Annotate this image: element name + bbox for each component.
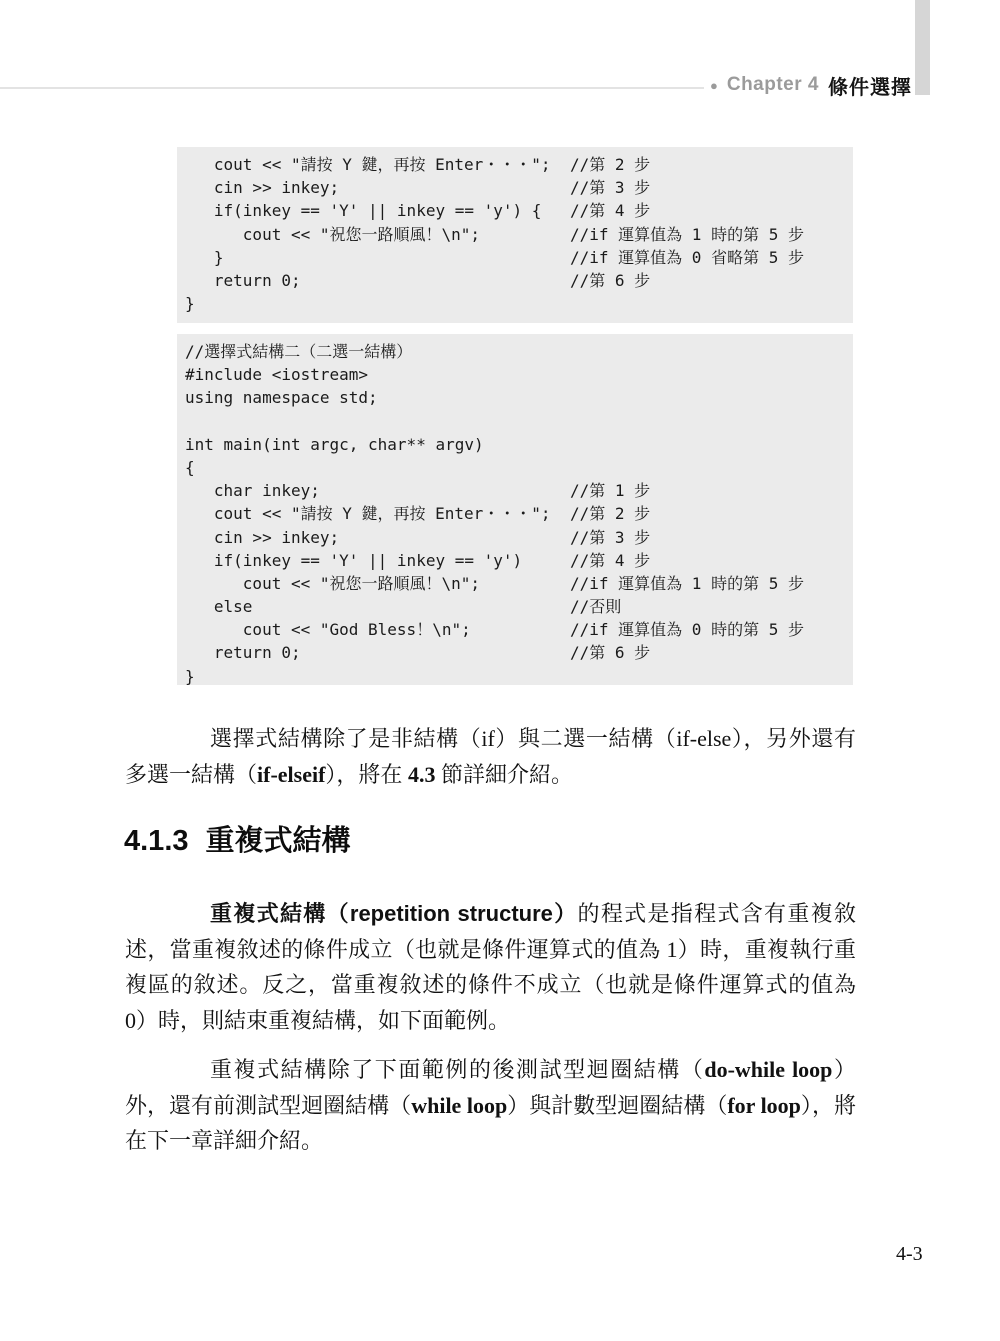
code-text: using namespace std; bbox=[185, 388, 378, 407]
code-text: cout << "祝您一路順風！\n"; bbox=[185, 225, 480, 244]
term-bold: 4.3 bbox=[408, 762, 436, 787]
code-block-2: //選擇式結構二（二選一結構）#include <iostream>using … bbox=[177, 334, 853, 685]
code-line: cout << "請按 Y 鍵，再按 Enter・・・";//第 2 步 bbox=[185, 153, 853, 176]
code-comment: //第 4 步 bbox=[570, 549, 650, 572]
code-comment: //第 1 步 bbox=[570, 479, 650, 502]
code-line: cout << "God Bless！\n";//if 運算值為 0 時的第 5… bbox=[185, 618, 853, 641]
code-line: cout << "祝您一路順風！\n";//if 運算值為 1 時的第 5 步 bbox=[185, 572, 853, 595]
term-bold: do-while loop bbox=[704, 1057, 832, 1082]
code-line: } bbox=[185, 665, 853, 685]
code-comment: //第 3 步 bbox=[570, 176, 650, 199]
text-run: ），將在 bbox=[325, 762, 408, 787]
code-text: if(inkey == 'Y' || inkey == 'y') { bbox=[185, 201, 541, 220]
code-line: cin >> inkey;//第 3 步 bbox=[185, 176, 853, 199]
code-line: return 0;//第 6 步 bbox=[185, 641, 853, 664]
code-comment: //if 運算值為 0 省略第 5 步 bbox=[570, 246, 804, 269]
code-line: }//if 運算值為 0 省略第 5 步 bbox=[185, 246, 853, 269]
code-text: else bbox=[185, 597, 252, 616]
code-comment: //否則 bbox=[570, 595, 621, 618]
text-run: 節詳細介紹。 bbox=[435, 762, 573, 787]
chapter-label: Chapter 4 bbox=[727, 74, 819, 96]
paragraph-loop-types: 重複式結構除了下面範例的後測試型迴圈結構（do-while loop）外，還有前… bbox=[125, 1052, 856, 1159]
code-text: #include <iostream> bbox=[185, 365, 368, 384]
text-run: ）與計數型迴圈結構（ bbox=[507, 1093, 727, 1118]
code-text: cout << "God Bless！\n"; bbox=[185, 620, 471, 639]
code-comment: //第 6 步 bbox=[570, 269, 650, 292]
code-comment: //第 6 步 bbox=[570, 641, 650, 664]
code-text: return 0; bbox=[185, 271, 301, 290]
code-line bbox=[185, 410, 853, 433]
code-text: { bbox=[185, 458, 195, 477]
term-bold: if-elseif bbox=[257, 762, 325, 787]
text-run: 重複式結構除了下面範例的後測試型迴圈結構（ bbox=[210, 1057, 704, 1082]
code-comment: //if 運算值為 1 時的第 5 步 bbox=[570, 223, 804, 246]
term-bold: 重複式結構（repetition structure） bbox=[210, 901, 578, 926]
code-text: if(inkey == 'Y' || inkey == 'y') bbox=[185, 551, 522, 570]
section-heading: 4.1.3 重複式結構 bbox=[124, 818, 351, 859]
code-text: } bbox=[185, 294, 195, 313]
book-page: ● Chapter 4 條件選擇 cout << "請按 Y 鍵，再按 Ente… bbox=[0, 0, 1000, 1341]
section-number: 4.1.3 bbox=[124, 825, 189, 858]
code-line: } bbox=[185, 292, 853, 315]
code-line: //選擇式結構二（二選一結構） bbox=[185, 340, 853, 363]
paragraph-repetition-definition: 重複式結構（repetition structure）的程式是指程式含有重複敘述… bbox=[125, 896, 856, 1038]
code-line: return 0;//第 6 步 bbox=[185, 269, 853, 292]
chapter-bullet-icon: ● bbox=[710, 79, 718, 92]
code-text: //選擇式結構二（二選一結構） bbox=[185, 342, 412, 361]
code-line: cin >> inkey;//第 3 步 bbox=[185, 526, 853, 549]
code-text: cout << "請按 Y 鍵，再按 Enter・・・"; bbox=[185, 155, 551, 174]
code-text: cin >> inkey; bbox=[185, 528, 339, 547]
code-text: int main(int argc, char** argv) bbox=[185, 435, 484, 454]
header-rule bbox=[0, 87, 704, 89]
code-comment: //if 運算值為 0 時的第 5 步 bbox=[570, 618, 804, 641]
code-comment: //第 2 步 bbox=[570, 153, 650, 176]
term-bold: for loop bbox=[727, 1093, 801, 1118]
code-line: using namespace std; bbox=[185, 386, 853, 409]
code-line: #include <iostream> bbox=[185, 363, 853, 386]
code-text: cin >> inkey; bbox=[185, 178, 339, 197]
code-line: if(inkey == 'Y' || inkey == 'y')//第 4 步 bbox=[185, 549, 853, 572]
code-text: cout << "祝您一路順風！\n"; bbox=[185, 574, 480, 593]
header-tab-marker bbox=[915, 0, 930, 95]
code-comment: //第 4 步 bbox=[570, 199, 650, 222]
code-line: { bbox=[185, 456, 853, 479]
code-comment: //第 3 步 bbox=[570, 526, 650, 549]
code-text: } bbox=[185, 248, 224, 267]
code-line: int main(int argc, char** argv) bbox=[185, 433, 853, 456]
code-block-1: cout << "請按 Y 鍵，再按 Enter・・・";//第 2 步 cin… bbox=[177, 147, 853, 323]
page-header: ● Chapter 4 條件選擇 bbox=[640, 70, 912, 100]
code-text: } bbox=[185, 667, 195, 685]
code-line: else//否則 bbox=[185, 595, 853, 618]
paragraph-selection-structures: 選擇式結構除了是非結構（if）與二選一結構（if-else），另外還有多選一結構… bbox=[125, 721, 856, 792]
code-text: return 0; bbox=[185, 643, 301, 662]
chapter-title: 條件選擇 bbox=[828, 71, 912, 100]
section-title: 重複式結構 bbox=[206, 818, 351, 859]
code-text: char inkey; bbox=[185, 481, 320, 500]
code-text: cout << "請按 Y 鍵，再按 Enter・・・"; bbox=[185, 504, 551, 523]
code-line: if(inkey == 'Y' || inkey == 'y') {//第 4 … bbox=[185, 199, 853, 222]
term-bold: while loop bbox=[411, 1093, 507, 1118]
code-comment: //if 運算值為 1 時的第 5 步 bbox=[570, 572, 804, 595]
code-line: cout << "祝您一路順風！\n";//if 運算值為 1 時的第 5 步 bbox=[185, 223, 853, 246]
page-number: 4-3 bbox=[896, 1243, 923, 1266]
code-line: char inkey;//第 1 步 bbox=[185, 479, 853, 502]
code-line: cout << "請按 Y 鍵，再按 Enter・・・";//第 2 步 bbox=[185, 502, 853, 525]
code-comment: //第 2 步 bbox=[570, 502, 650, 525]
